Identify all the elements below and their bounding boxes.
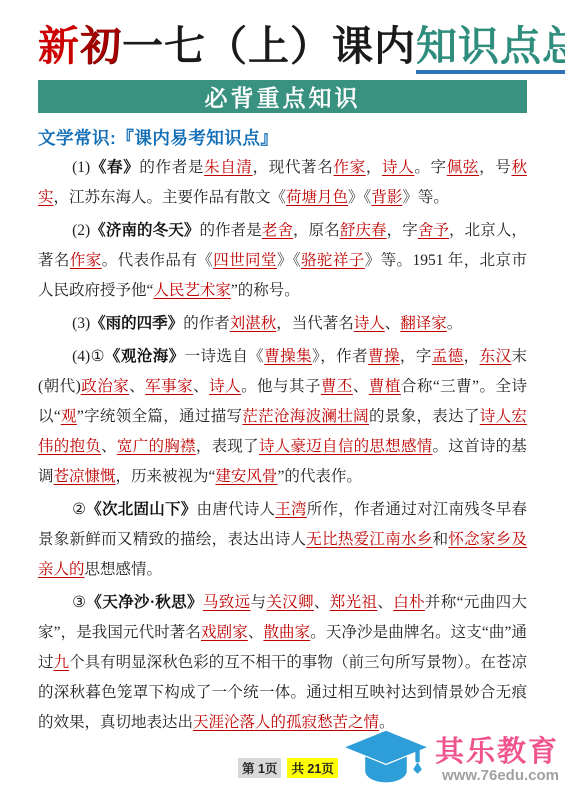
highlighted-term: 散曲家 — [263, 624, 310, 641]
content-paragraphs: (1)《春》的作者是朱自清，现代著名作家，诗人。字佩弦，号秋实，江苏东海人。主要… — [38, 153, 527, 738]
text-segment: (2) — [72, 222, 90, 239]
text-segment: ，表现了 — [196, 438, 259, 455]
text-segment: ”的称号。 — [231, 282, 300, 299]
text-segment: 、 — [193, 378, 209, 395]
text-segment: 、 — [248, 624, 264, 641]
highlighted-term: 郑光祖 — [330, 594, 378, 611]
text-segment: 》《 — [277, 252, 301, 269]
text-segment: 》《 — [348, 189, 371, 206]
text-segment: (1) — [72, 159, 90, 176]
text-segment: 、 — [377, 594, 393, 611]
logo-brand: 其乐教育 — [435, 737, 559, 767]
text-segment: 《济南的冬天》 — [90, 222, 199, 239]
paragraph: (1)《春》的作者是朱自清，现代著名作家，诗人。字佩弦，号秋实，江苏东海人。主要… — [38, 153, 527, 213]
highlighted-term: 九 — [54, 654, 70, 671]
text-segment: ，当代著名 — [276, 315, 354, 332]
highlighted-term: 舒庆春 — [340, 222, 387, 239]
highlighted-term: 背影 — [371, 189, 402, 206]
highlighted-term: 政治家 — [81, 378, 129, 395]
highlighted-term: 观 — [61, 408, 77, 425]
text-segment: ③ — [72, 594, 86, 611]
highlighted-term: 朱自清 — [204, 159, 253, 176]
text-segment: 》，作者 — [312, 348, 368, 365]
page-number-total: 共 21页 — [287, 758, 337, 778]
highlighted-term: 曹丕 — [321, 378, 353, 395]
highlighted-term: 诗人 — [209, 378, 241, 395]
highlighted-term: 苍凉慷慨 — [54, 468, 116, 485]
text-segment: (3) — [72, 315, 90, 332]
highlighted-term: 曹植 — [369, 378, 401, 395]
document-page: 新初一七（上）课内知识点总结 必背重点知识 文学常识:『课内易考知识点』 (1)… — [0, 0, 565, 800]
highlighted-term: 茫茫沧海波澜壮阔 — [242, 408, 369, 425]
highlighted-term: 骆驼祥子 — [301, 252, 365, 269]
logo: 其乐教育 www.76edu.com — [343, 729, 559, 792]
text-segment: 的作者是 — [199, 222, 261, 239]
highlighted-term: 诗人 — [382, 159, 414, 176]
logo-text: 其乐教育 www.76edu.com — [435, 737, 559, 784]
text-segment: 《观沧海》 — [105, 348, 185, 365]
graduation-cap-icon — [343, 729, 429, 792]
text-segment: ，江苏东海人。主要作品有散文《 — [54, 189, 287, 206]
paragraph: ②《次北固山下》由唐代诗人王湾所作，作者通过对江南残冬早春景象新鲜而又精致的描绘… — [38, 495, 527, 585]
text-segment: 》等。 — [402, 189, 449, 206]
text-segment: 一诗选自《 — [185, 348, 265, 365]
text-segment: 的作者 — [183, 315, 230, 332]
highlighted-term: 荷塘月色 — [286, 189, 348, 206]
paragraph: (4)①《观沧海》一诗选自《曹操集》，作者曹操，字孟德，东汉末(朝代)政治家、军… — [38, 342, 527, 492]
text-segment: 《雨的四季》 — [90, 315, 183, 332]
highlighted-term: 翻译家 — [400, 315, 447, 332]
highlighted-term: 曹操 — [368, 348, 400, 365]
highlighted-term: 老舍 — [262, 222, 293, 239]
highlighted-term: 戏剧家 — [201, 624, 248, 641]
text-segment: 《次北固山下》 — [86, 501, 196, 518]
title-part-teal-underlined: 知识点总结 — [416, 23, 565, 74]
text-segment: 由唐代诗人 — [197, 501, 276, 518]
highlighted-term: 军事家 — [145, 378, 193, 395]
text-segment: ，号 — [479, 159, 511, 176]
text-segment: ，现代著名 — [253, 159, 334, 176]
text-segment: ② — [72, 501, 86, 518]
highlighted-term: 刘湛秋 — [230, 315, 277, 332]
highlighted-term: 诗人豪迈自信的思想感情 — [259, 438, 433, 455]
highlighted-term: 佩弦 — [447, 159, 479, 176]
text-segment: 《春》 — [90, 159, 139, 176]
text-segment: 。字 — [414, 159, 446, 176]
highlighted-term: 宽广的胸襟 — [117, 438, 196, 455]
highlighted-term: 白朴 — [393, 594, 425, 611]
title-part-red-bold: 初 — [80, 23, 122, 69]
text-segment: 、 — [385, 315, 401, 332]
highlighted-term: 建安风骨 — [215, 468, 277, 485]
text-segment: ”的代表作。 — [277, 468, 361, 485]
document-title: 新初一七（上）课内知识点总结 — [38, 24, 527, 69]
text-segment: ， — [464, 348, 480, 365]
text-segment: 的景象，表达了 — [369, 408, 480, 425]
highlighted-term: 诗人 — [354, 315, 385, 332]
text-segment: 与 — [250, 594, 266, 611]
text-segment: 和 — [433, 531, 449, 548]
section-heading: 文学常识:『课内易考知识点』 — [38, 125, 527, 150]
highlighted-term: 曹操集 — [264, 348, 312, 365]
paragraph: ③《天净沙·秋思》马致远与关汉卿、郑光祖、白朴并称“元曲四大家”，是我国元代时著… — [38, 588, 527, 738]
highlighted-term: 孟德 — [432, 348, 464, 365]
logo-url: www.76edu.com — [442, 767, 559, 784]
footer-page-numbers: 第 1页 共 21页 — [238, 758, 338, 778]
highlighted-term: 马致远 — [203, 594, 251, 611]
highlighted-term: 无比热爱江南水乡 — [306, 531, 432, 548]
highlighted-term: 四世同堂 — [213, 252, 277, 269]
text-segment: ，字 — [387, 222, 418, 239]
text-segment: 、 — [314, 594, 330, 611]
text-segment: 的作者是 — [139, 159, 204, 176]
text-segment: 思想感情。 — [85, 561, 163, 578]
highlighted-term: 人民艺术家 — [153, 282, 231, 299]
highlighted-term: 舍予 — [418, 222, 449, 239]
text-segment: ，原名 — [293, 222, 340, 239]
text-segment: 。 — [447, 315, 463, 332]
text-segment: 。代表作品有《 — [102, 252, 213, 269]
text-segment: 、 — [129, 378, 145, 395]
text-segment: 、 — [353, 378, 369, 395]
text-segment: ，字 — [400, 348, 432, 365]
paragraph: (2)《济南的冬天》的作者是老舍，原名舒庆春，字舍予，北京人，著名作家。代表作品… — [38, 216, 527, 306]
paragraph: (3)《雨的四季》的作者刘湛秋，当代著名诗人、翻译家。 — [38, 309, 527, 339]
highlighted-term: 作家 — [70, 252, 102, 269]
highlighted-term: 王湾 — [275, 501, 307, 518]
highlighted-term: 作家 — [333, 159, 365, 176]
text-segment: 。他与其子 — [241, 378, 321, 395]
page-number-current: 第 1页 — [238, 758, 281, 778]
text-segment: ”字统领全篇，通过描写 — [77, 408, 242, 425]
text-segment: ，历来被视为“ — [116, 468, 216, 485]
title-part-red: 新 — [38, 23, 80, 69]
text-segment: (4)① — [72, 348, 105, 365]
text-segment: 《天净沙·秋思》 — [86, 594, 203, 611]
text-segment: ， — [366, 159, 382, 176]
text-segment: 、 — [101, 438, 117, 455]
highlighted-term: 关汉卿 — [266, 594, 314, 611]
highlighted-term: 东汉 — [480, 348, 512, 365]
banner-must-memorize: 必背重点知识 — [38, 80, 527, 113]
title-part-black: 一七（上）课内 — [122, 23, 416, 69]
